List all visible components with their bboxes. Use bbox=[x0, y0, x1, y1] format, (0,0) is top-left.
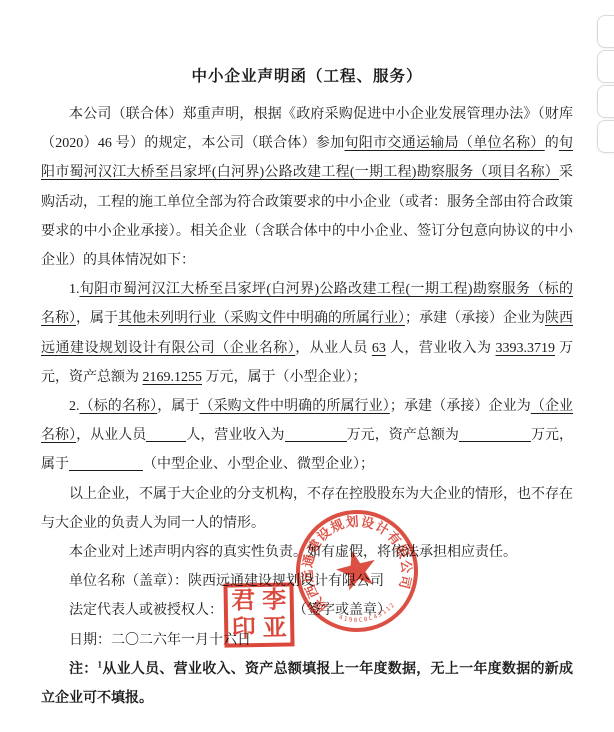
personal-seal-char: 李 bbox=[262, 589, 286, 613]
text-segment: 3393.3719 bbox=[496, 341, 556, 356]
text-segment: 1. bbox=[69, 282, 80, 297]
text-segment: 2. bbox=[69, 399, 80, 414]
text-segment: （签字或盖章） bbox=[293, 603, 391, 618]
item-2: 2.（标的名称），属于（采购文件中明确的所属行业）；承建（承接）企业为（企业名称… bbox=[41, 392, 573, 480]
company-name-line: 单位名称（盖章）：陕西远通建设规划设计有限公司 bbox=[41, 567, 573, 596]
text-segment: 63 bbox=[372, 341, 386, 356]
fill-in-blank bbox=[146, 427, 186, 442]
text-segment: 万元，属于（小型企业）； bbox=[202, 370, 367, 385]
document-title: 中小企业声明函（工程、服务） bbox=[41, 66, 573, 88]
text-segment: （标的名称） bbox=[80, 399, 158, 414]
text-segment: ，从业人员 bbox=[76, 428, 146, 443]
toolbar-button-3[interactable] bbox=[597, 85, 614, 118]
text-segment: ；承建（承接）企业为 bbox=[390, 399, 531, 414]
personal-seal-char: 君 bbox=[231, 589, 255, 613]
text-segment: 以上企业，不属于大企业的分支机构，不存在控股股东为大企业的情形，也不存在与大企业… bbox=[41, 487, 573, 531]
text-segment: 从业人员、营业收入、资产总额填报上一年度数据，无上一年度数据的新成立企业可不填报… bbox=[41, 662, 573, 706]
document-body: 中小企业声明函（工程、服务） 本公司（联合体）郑重声明，根据《政府采购促进中小企… bbox=[41, 0, 573, 713]
text-segment: （采购文件中明确的所属行业） bbox=[199, 399, 389, 414]
toolbar-button-4[interactable] bbox=[597, 120, 614, 153]
text-segment: ，从业人员 bbox=[295, 341, 372, 356]
text-segment: 法定代表人或被授权人： bbox=[69, 603, 223, 618]
personal-seal-char: 亚 bbox=[263, 617, 287, 641]
text-segment: ，属于 bbox=[157, 399, 199, 414]
fill-in-blank bbox=[459, 427, 531, 442]
text-segment: ，属于 bbox=[76, 311, 118, 326]
text-segment: 万元，资产总额为 bbox=[347, 428, 459, 443]
text-segment: 注： bbox=[69, 662, 98, 677]
legal-representative-line: 法定代表人或被授权人：（签字或盖章） bbox=[41, 596, 573, 625]
personal-seal-stamp: 君 李 印 亚 bbox=[223, 582, 294, 647]
personal-seal-char: 印 bbox=[232, 617, 256, 641]
toolbar-button-1[interactable] bbox=[597, 15, 614, 48]
toolbar-button-2[interactable] bbox=[597, 50, 614, 83]
text-segment: （中型企业、小型企业、微型企业）； bbox=[143, 457, 374, 472]
text-segment: 人，营业收入为 bbox=[386, 341, 496, 356]
declaration-intro: 本公司（联合体）郑重声明，根据《政府采购促进中小企业发展管理办法》（财库（202… bbox=[41, 100, 573, 275]
responsibility-clause: 本企业对上述声明内容的真实性负责。如有虚假，将依法承担相应责任。 bbox=[41, 538, 573, 567]
text-segment: 其他未列明行业（采购文件中明确的所属行业） bbox=[118, 311, 405, 326]
text-segment: 本企业对上述声明内容的真实性负责。如有虚假，将依法承担相应责任。 bbox=[69, 545, 517, 560]
text-segment: 旬阳市交通运输局（单位名称） bbox=[345, 136, 545, 151]
no-affiliation-clause: 以上企业，不属于大企业的分支机构，不存在控股股东为大企业的情形，也不存在与大企业… bbox=[41, 480, 573, 538]
fill-in-blank bbox=[285, 427, 347, 442]
text-segment: 的 bbox=[545, 136, 559, 151]
item-1: 1.旬阳市蜀河汉江大桥至吕家坪(白河界)公路改建工程(一期工程)勘察服务（标的名… bbox=[41, 275, 573, 392]
text-segment: ；承建（承接）企业为 bbox=[405, 311, 545, 326]
text-segment: 人，营业收入为 bbox=[186, 428, 284, 443]
text-segment: 采购活动，工程的施工单位全部为符合政策要求的中小企业（或者：服务全部由符合政策要… bbox=[41, 165, 573, 268]
date-line: 日期：二〇二六年一月十六日 bbox=[41, 626, 573, 655]
fill-in-blank bbox=[69, 456, 143, 471]
footnote: 注：1从业人员、营业收入、资产总额填报上一年度数据，无上一年度数据的新成立企业可… bbox=[41, 655, 573, 713]
text-segment: 2169.1255 bbox=[143, 370, 203, 385]
